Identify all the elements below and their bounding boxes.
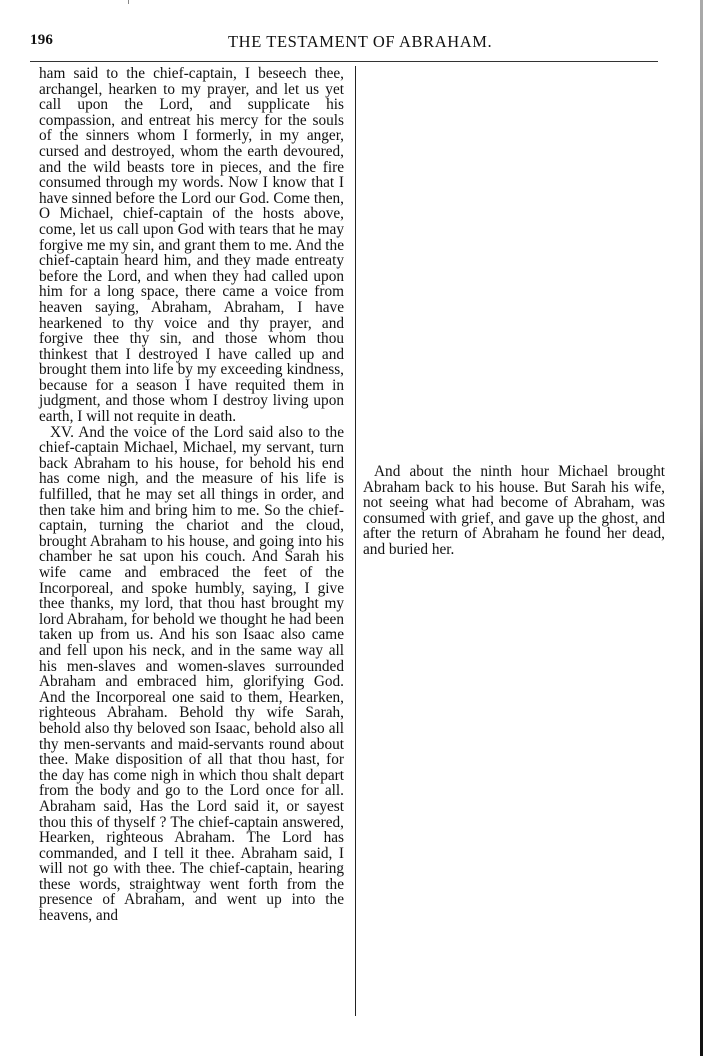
column-divider <box>355 66 356 1016</box>
running-title: THE TESTAMENT OF ABRAHAM. <box>228 32 492 52</box>
paragraph: And about the ninth hour Michael brought… <box>363 464 665 558</box>
scan-mark <box>128 0 129 4</box>
running-header: 196 THE TESTAMENT OF ABRAHAM. <box>30 32 658 54</box>
header-rule <box>30 61 658 62</box>
left-column: ham said to the chief-captain, I beseech… <box>39 66 344 924</box>
right-column: And about the ninth hour Michael brought… <box>363 464 665 558</box>
paragraph-chapter-xv: XV. And the voice of the Lord said also … <box>39 425 344 924</box>
page-number: 196 <box>30 32 53 49</box>
paragraph: ham said to the chief-captain, I beseech… <box>39 66 344 425</box>
